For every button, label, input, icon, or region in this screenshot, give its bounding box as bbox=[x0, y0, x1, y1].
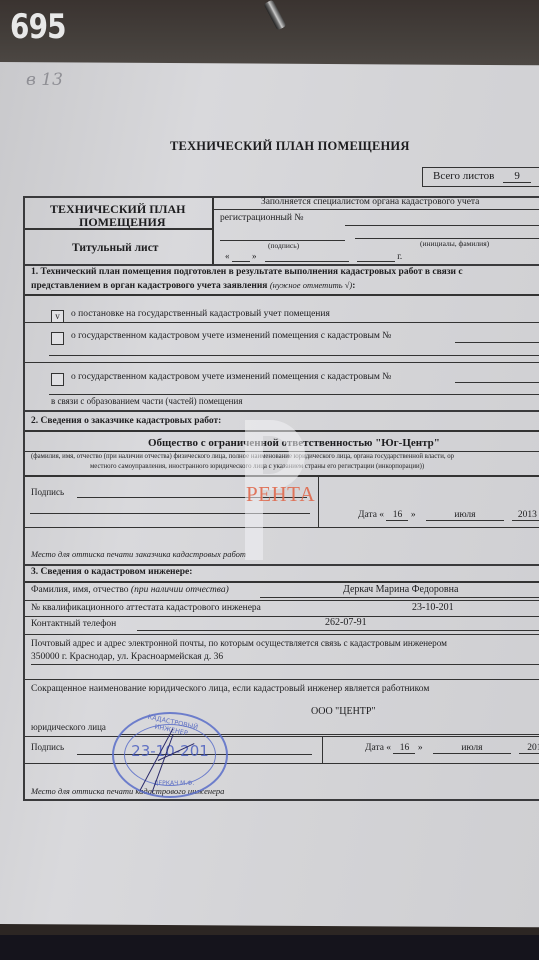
sheets-count-box: Всего листов 9 bbox=[422, 167, 539, 187]
option-registration-label: о постановке на государственный кадастро… bbox=[71, 309, 330, 319]
header-subtitle: Титульный лист bbox=[72, 242, 158, 254]
engineer-address-label: Почтовый адрес и адрес электронной почты… bbox=[31, 638, 447, 648]
option-parts-label: о государственном кадастровом учете изме… bbox=[71, 372, 391, 382]
section1-hint: (нужное отметить √) bbox=[270, 280, 352, 290]
engineer-org-label-line2: юридического лица bbox=[31, 722, 106, 732]
section2-heading: 2. Сведения о заказчике кадастровых рабо… bbox=[31, 416, 221, 426]
customer-date-year[interactable]: 2013 bbox=[512, 510, 539, 521]
handwritten-note: в 13 bbox=[26, 70, 63, 90]
section-3: 3. Сведения о кадастровом инженере: Фами… bbox=[25, 564, 539, 803]
reg-number-field[interactable] bbox=[345, 225, 539, 226]
customer-caption-line1: (фамилия, имя, отчество (при наличии отч… bbox=[31, 453, 454, 460]
option-parts-number-field[interactable] bbox=[455, 382, 539, 383]
engineer-date-day[interactable]: 16 bbox=[393, 743, 415, 754]
sheets-label: Всего листов bbox=[433, 170, 494, 182]
engineer-signature-label: Подпись bbox=[31, 742, 64, 752]
engineer-fio-label: Фамилия, имя, отчество bbox=[31, 585, 129, 595]
engineer-fio-value: Деркач Марина Федоровна bbox=[343, 584, 458, 595]
header-title-line2: ПОМЕЩЕНИЯ bbox=[79, 215, 166, 230]
engineer-org-label: Сокращенное наименование юридического ли… bbox=[31, 684, 429, 694]
document-title: ТЕХНИЧЕСКИЙ ПЛАН ПОМЕЩЕНИЯ bbox=[170, 139, 410, 154]
option-changes-label: о государственном кадастровом учете изме… bbox=[71, 331, 391, 341]
engineer-date-year[interactable]: 201 bbox=[519, 743, 539, 754]
section-1: 1. Технический план помещения подготовле… bbox=[25, 264, 539, 412]
engineer-address-value: 350000 г. Краснодар, ул. Красноармейская… bbox=[31, 652, 223, 662]
engineer-date-label: Дата « bbox=[365, 743, 391, 753]
engineer-date-month[interactable]: июля bbox=[433, 743, 511, 754]
engineer-org-value: ООО "ЦЕНТР" bbox=[311, 706, 376, 717]
date-close-quote: » bbox=[252, 251, 257, 261]
signature-caption: (подпись) bbox=[268, 241, 299, 250]
spec-date-day-field[interactable] bbox=[232, 251, 250, 262]
customer-signature-label: Подпись bbox=[31, 487, 64, 497]
table-surface bbox=[0, 935, 539, 960]
sheets-value: 9 bbox=[503, 170, 531, 183]
customer-date-month[interactable]: июля bbox=[426, 510, 504, 521]
option-changes-checkbox[interactable] bbox=[51, 332, 64, 345]
customer-date-label: Дата « bbox=[358, 510, 384, 520]
engineer-phone-value: 262-07-91 bbox=[325, 617, 367, 628]
engineer-fio-hint: (при наличии отчества) bbox=[131, 585, 229, 595]
customer-date-day[interactable]: 16 bbox=[386, 510, 408, 521]
header-block: ТЕХНИЧЕСКИЙ ПЛАН ПОМЕЩЕНИЯ Титульный лис… bbox=[25, 198, 539, 266]
year-suffix: г. bbox=[397, 251, 402, 261]
initials-caption: (инициалы, фамилия) bbox=[420, 239, 489, 248]
section3-heading: 3. Сведения о кадастровом инженере: bbox=[31, 567, 192, 577]
date-open-quote: « bbox=[225, 251, 230, 261]
engineer-cert-label: № квалификационного аттестата кадастрово… bbox=[31, 603, 261, 613]
watermark-text: РЕНТА bbox=[246, 482, 315, 507]
option-parts-checkbox[interactable] bbox=[51, 373, 64, 386]
engineer-cert-value: 23-10-201 bbox=[412, 602, 454, 613]
section1-heading: 1. Технический план помещения подготовле… bbox=[31, 267, 463, 277]
stamp-number: 23-10-201 bbox=[128, 742, 212, 760]
photo-counter: 695 bbox=[10, 7, 66, 47]
spec-date-month-field[interactable] bbox=[265, 251, 349, 262]
option-changes-number-field[interactable] bbox=[455, 342, 539, 343]
specialist-caption: Заполняется специалистом органа кадастро… bbox=[261, 197, 479, 207]
section1-heading-line2: представлением в орган кадастрового учет… bbox=[31, 281, 267, 291]
option-parts-note: в связи с образованием части (частей) по… bbox=[51, 396, 242, 406]
reg-number-label: регистрационный № bbox=[220, 213, 303, 223]
spec-date-year-field[interactable] bbox=[357, 251, 395, 262]
engineer-phone-label: Контактный телефон bbox=[31, 619, 116, 629]
customer-stamp-place: Место для оттиска печати заказчика кадас… bbox=[31, 549, 246, 559]
